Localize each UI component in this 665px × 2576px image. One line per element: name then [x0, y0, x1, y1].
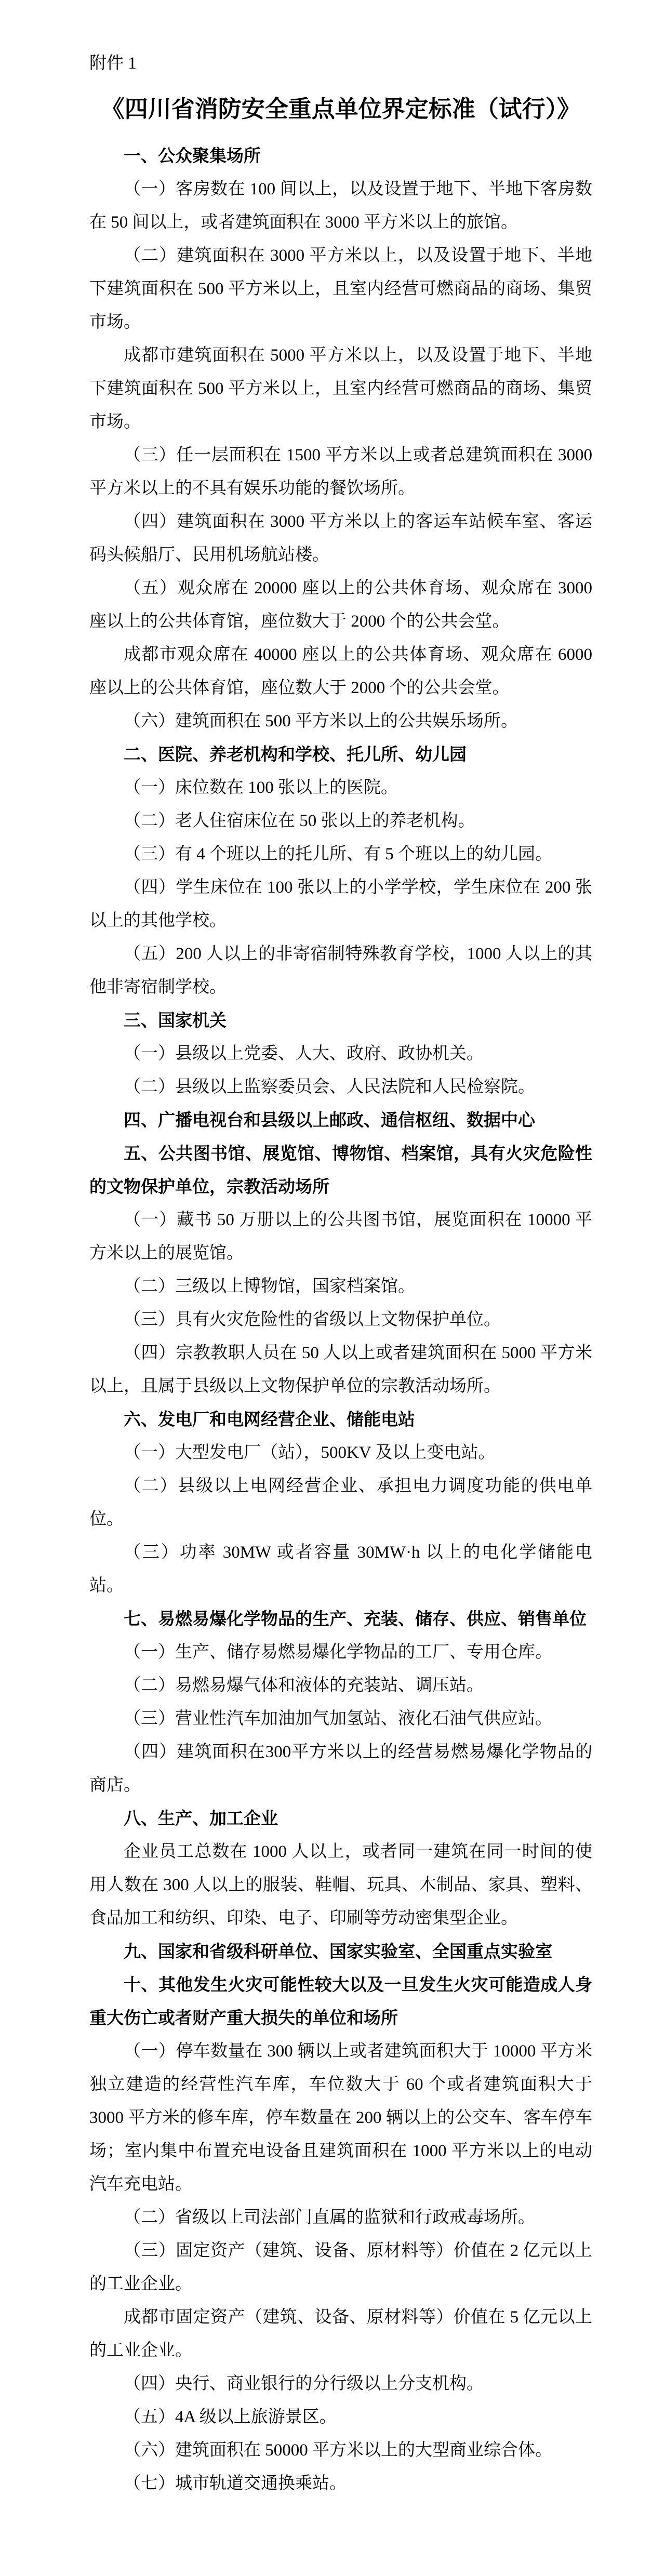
- paragraph: （二）老人住宿床位在 50 张以上的养老机构。: [89, 804, 592, 838]
- section-heading: 六、发电厂和电网经营企业、储能电站: [89, 1403, 592, 1436]
- paragraph: （四）建筑面积在 3000 平方米以上的客运车站候车室、客运码头候船厅、民用机场…: [89, 505, 592, 572]
- paragraph: 企业员工总数在 1000 人以上，或者同一建筑在同一时间的使用人数在 300 人…: [89, 1835, 592, 1935]
- paragraph: （二）易燃易爆气体和液体的充装站、调压站。: [89, 1669, 592, 1702]
- section-heading: 十、其他发生火灾可能性较大以及一旦发生火灾可能造成人身重大伤亡或者财产重大损失的…: [89, 1968, 592, 2035]
- paragraph: （五）200 人以上的非寄宿制特殊教育学校，1000 人以上的其他非寄宿制学校。: [89, 937, 592, 1004]
- paragraph: （三）营业性汽车加油加气加氢站、液化石油气供应站。: [89, 1702, 592, 1735]
- sections-container: 一、公众聚集场所（一）客房数在 100 间以上，以及设置于地下、半地下客房数在 …: [89, 139, 592, 2500]
- paragraph: 成都市观众席在 40000 座以上的公共体育场、观众席在 6000 座以上的公共…: [89, 638, 592, 705]
- paragraph: （二）三级以上博物馆，国家档案馆。: [89, 1270, 592, 1303]
- paragraph: （四）建筑面积在300平方米以上的经营易燃易爆化学物品的商店。: [89, 1735, 592, 1802]
- document-title: 《四川省消防安全重点单位界定标准（试行）》: [89, 94, 592, 125]
- section-heading: 九、国家和省级科研单位、国家实验室、全国重点实验室: [89, 1935, 592, 1968]
- paragraph: （四）央行、商业银行的分行级以上分支机构。: [89, 2367, 592, 2400]
- paragraph: （六）建筑面积在 50000 平方米以上的大型商业综合体。: [89, 2434, 592, 2467]
- section-heading: 三、国家机关: [89, 1004, 592, 1037]
- paragraph: （一）藏书 50 万册以上的公共图书馆，展览面积在 10000 平方米以上的展览…: [89, 1203, 592, 1270]
- paragraph: （六）建筑面积在 500 平方米以上的公共娱乐场所。: [89, 705, 592, 738]
- paragraph: （一）客房数在 100 间以上，以及设置于地下、半地下客房数在 50 间以上，或…: [89, 172, 592, 239]
- paragraph: 成都市建筑面积在 5000 平方米以上，以及设置于地下、半地下建筑面积在 500…: [89, 339, 592, 439]
- paragraph: （四）宗教教职人员在 50 人以上或者建筑面积在 5000 平方米以上，且属于县…: [89, 1336, 592, 1403]
- paragraph: （三）功率 30MW 或者容量 30MW·h 以上的电化学储能电站。: [89, 1536, 592, 1602]
- section-heading: 七、易燃易爆化学物品的生产、充装、储存、供应、销售单位: [89, 1602, 592, 1636]
- paragraph: （三）具有火灾危险性的省级以上文物保护单位。: [89, 1303, 592, 1336]
- paragraph: （七）城市轨道交通换乘站。: [89, 2467, 592, 2500]
- paragraph: （二）县级以上电网经营企业、承担电力调度功能的供电单位。: [89, 1469, 592, 1536]
- paragraph: （五）观众席在 20000 座以上的公共体育场、观众席在 3000 座以上的公共…: [89, 572, 592, 638]
- paragraph: （一）生产、储存易燃易爆化学物品的工厂、专用仓库。: [89, 1636, 592, 1669]
- paragraph: （二）省级以上司法部门直属的监狱和行政戒毒场所。: [89, 2201, 592, 2234]
- paragraph: （一）大型发电厂（站），500KV 及以上变电站。: [89, 1436, 592, 1469]
- paragraph: （四）学生床位在 100 张以上的小学学校，学生床位在 200 张以上的其他学校…: [89, 871, 592, 937]
- section-heading: 二、医院、养老机构和学校、托儿所、幼儿园: [89, 738, 592, 771]
- paragraph: 成都市固定资产（建筑、设备、原材料等）价值在 5 亿元以上的工业企业。: [89, 2301, 592, 2367]
- section-heading: 八、生产、加工企业: [89, 1802, 592, 1835]
- paragraph: （一）县级以上党委、人大、政府、政协机关。: [89, 1037, 592, 1070]
- paragraph: （一）床位数在 100 张以上的医院。: [89, 771, 592, 804]
- paragraph: （一）停车数量在 300 辆以上或者建筑面积大于 10000 平方米独立建造的经…: [89, 2035, 592, 2201]
- paragraph: （三）固定资产（建筑、设备、原材料等）价值在 2 亿元以上的工业企业。: [89, 2234, 592, 2301]
- section-heading: 五、公共图书馆、展览馆、博物馆、档案馆，具有火灾危险性的文物保护单位，宗教活动场…: [89, 1137, 592, 1203]
- paragraph: （三）有 4 个班以上的托儿所、有 5 个班以上的幼儿园。: [89, 838, 592, 871]
- attachment-label: 附件 1: [89, 52, 592, 75]
- paragraph: （五）4A 级以上旅游景区。: [89, 2400, 592, 2434]
- paragraph: （二）县级以上监察委员会、人民法院和人民检察院。: [89, 1070, 592, 1104]
- paragraph: （二）建筑面积在 3000 平方米以上，以及设置于地下、半地下建筑面积在 500…: [89, 239, 592, 339]
- document-page: 附件 1 《四川省消防安全重点单位界定标准（试行）》 一、公众聚集场所（一）客房…: [0, 0, 665, 2576]
- paragraph: （三）任一层面积在 1500 平方米以上或者总建筑面积在 3000 平方米以上的…: [89, 439, 592, 505]
- section-heading: 一、公众聚集场所: [89, 139, 592, 172]
- section-heading: 四、广播电视台和县级以上邮政、通信枢纽、数据中心: [89, 1104, 592, 1137]
